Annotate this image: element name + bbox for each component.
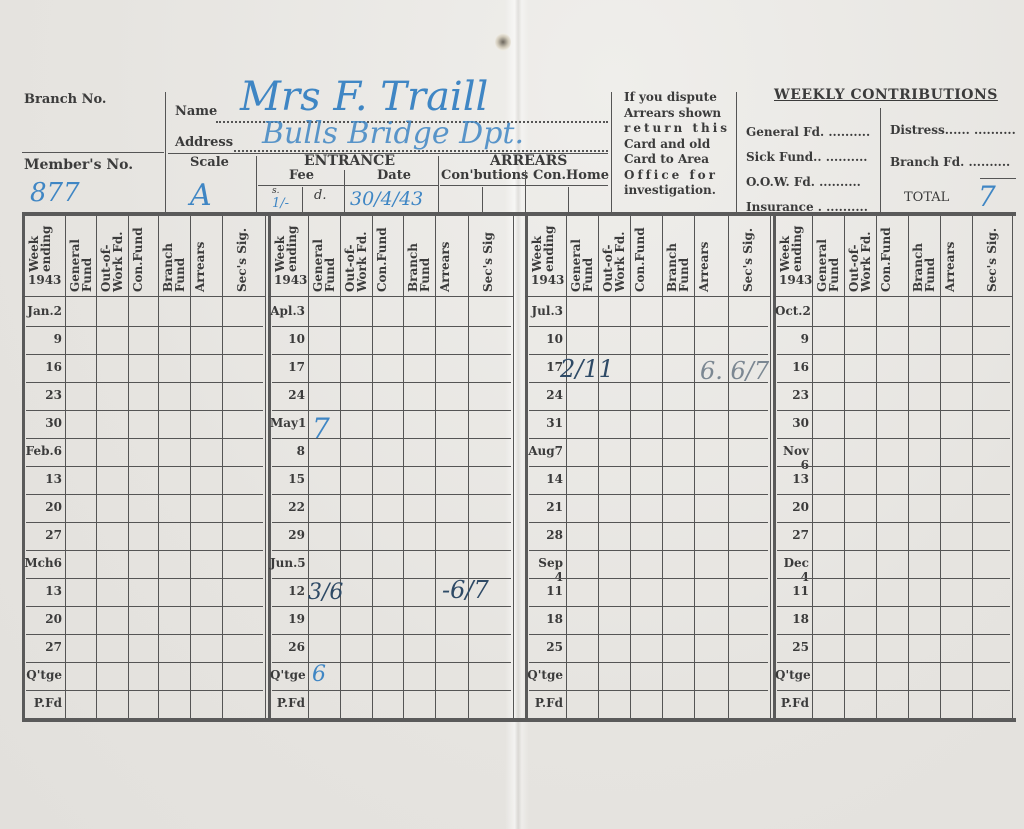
contribution-cell[interactable] (695, 550, 727, 578)
contribution-cell[interactable] (845, 494, 875, 522)
contribution-cell[interactable] (813, 438, 843, 466)
contribution-cell[interactable] (129, 578, 157, 606)
contribution-cell[interactable] (877, 662, 907, 690)
contribution-cell[interactable] (729, 578, 769, 606)
contribution-cell[interactable] (877, 578, 907, 606)
contribution-cell[interactable] (877, 410, 907, 438)
contribution-cell[interactable] (729, 550, 769, 578)
contribution-cell[interactable] (729, 326, 769, 354)
contribution-cell[interactable] (813, 326, 843, 354)
contribution-cell[interactable] (729, 410, 769, 438)
contribution-cell[interactable] (813, 494, 843, 522)
contribution-cell[interactable] (909, 326, 939, 354)
contribution-cell[interactable] (909, 550, 939, 578)
contribution-cell[interactable] (909, 662, 939, 690)
contribution-cell[interactable] (909, 522, 939, 550)
contribution-cell[interactable] (813, 606, 843, 634)
contribution-cell[interactable] (695, 494, 727, 522)
contribution-cell[interactable] (97, 522, 127, 550)
contribution-cell[interactable] (567, 690, 597, 718)
contribution-cell[interactable] (567, 466, 597, 494)
contribution-cell[interactable] (845, 438, 875, 466)
contribution-cell[interactable] (941, 634, 971, 662)
contribution-cell[interactable] (813, 690, 843, 718)
contribution-cell[interactable] (129, 522, 157, 550)
contribution-cell[interactable] (469, 438, 512, 466)
contribution-cell[interactable] (404, 494, 434, 522)
contribution-cell[interactable] (631, 578, 661, 606)
contribution-cell[interactable] (941, 326, 971, 354)
contribution-cell[interactable] (309, 634, 339, 662)
contribution-cell[interactable] (567, 634, 597, 662)
contribution-cell[interactable] (973, 662, 1011, 690)
contribution-cell[interactable] (97, 550, 127, 578)
contribution-cell[interactable] (845, 466, 875, 494)
contribution-cell[interactable] (599, 634, 629, 662)
contribution-cell[interactable] (341, 410, 371, 438)
contribution-cell[interactable] (941, 438, 971, 466)
contribution-cell[interactable] (97, 298, 127, 326)
contribution-cell[interactable] (97, 494, 127, 522)
contribution-cell[interactable] (941, 550, 971, 578)
contribution-cell[interactable] (223, 578, 264, 606)
contribution-cell[interactable] (129, 494, 157, 522)
contribution-cell[interactable] (973, 438, 1011, 466)
contribution-cell[interactable] (631, 550, 661, 578)
contribution-cell[interactable] (66, 662, 95, 690)
contribution-cell[interactable] (469, 634, 512, 662)
contribution-cell[interactable] (663, 354, 693, 382)
contribution-cell[interactable] (341, 466, 371, 494)
contribution-cell[interactable] (631, 606, 661, 634)
contribution-cell[interactable] (436, 606, 467, 634)
contribution-cell[interactable] (567, 326, 597, 354)
contribution-cell[interactable] (223, 382, 264, 410)
contribution-cell[interactable] (813, 298, 843, 326)
contribution-cell[interactable] (941, 578, 971, 606)
contribution-cell[interactable] (729, 438, 769, 466)
contribution-cell[interactable] (877, 634, 907, 662)
contribution-cell[interactable] (223, 690, 264, 718)
contribution-cell[interactable] (97, 578, 127, 606)
contribution-cell[interactable] (631, 494, 661, 522)
contribution-cell[interactable] (631, 354, 661, 382)
contribution-cell[interactable] (695, 438, 727, 466)
contribution-cell[interactable] (341, 550, 371, 578)
contribution-cell[interactable] (941, 382, 971, 410)
contribution-cell[interactable] (909, 578, 939, 606)
contribution-cell[interactable] (191, 550, 221, 578)
contribution-cell[interactable] (129, 634, 157, 662)
contribution-cell[interactable] (341, 690, 371, 718)
contribution-cell[interactable] (436, 634, 467, 662)
contribution-cell[interactable] (159, 466, 189, 494)
contribution-cell[interactable] (97, 466, 127, 494)
contribution-cell[interactable] (663, 326, 693, 354)
contribution-cell[interactable] (66, 298, 95, 326)
contribution-cell[interactable] (973, 634, 1011, 662)
contribution-cell[interactable] (436, 494, 467, 522)
contribution-cell[interactable] (729, 662, 769, 690)
contribution-cell[interactable] (66, 354, 95, 382)
contribution-cell[interactable] (373, 438, 402, 466)
contribution-cell[interactable] (729, 606, 769, 634)
contribution-cell[interactable] (129, 550, 157, 578)
contribution-cell[interactable] (159, 438, 189, 466)
contribution-cell[interactable] (404, 690, 434, 718)
contribution-cell[interactable] (663, 606, 693, 634)
contribution-cell[interactable] (877, 494, 907, 522)
contribution-cell[interactable] (159, 354, 189, 382)
contribution-cell[interactable] (599, 522, 629, 550)
contribution-cell[interactable] (729, 634, 769, 662)
contribution-cell[interactable] (436, 438, 467, 466)
contribution-cell[interactable] (877, 550, 907, 578)
contribution-cell[interactable] (469, 354, 512, 382)
contribution-cell[interactable] (404, 438, 434, 466)
contribution-cell[interactable] (436, 354, 467, 382)
contribution-cell[interactable] (373, 578, 402, 606)
contribution-cell[interactable] (631, 438, 661, 466)
contribution-cell[interactable] (223, 326, 264, 354)
contribution-cell[interactable] (309, 690, 339, 718)
contribution-cell[interactable] (97, 634, 127, 662)
contribution-cell[interactable] (309, 494, 339, 522)
contribution-cell[interactable] (159, 522, 189, 550)
contribution-cell[interactable] (909, 466, 939, 494)
contribution-cell[interactable] (436, 410, 467, 438)
contribution-cell[interactable] (729, 298, 769, 326)
contribution-cell[interactable] (159, 634, 189, 662)
contribution-cell[interactable] (223, 410, 264, 438)
contribution-cell[interactable] (66, 326, 95, 354)
contribution-cell[interactable] (877, 606, 907, 634)
contribution-cell[interactable] (729, 466, 769, 494)
contribution-cell[interactable] (404, 382, 434, 410)
contribution-cell[interactable] (191, 466, 221, 494)
contribution-cell[interactable] (129, 466, 157, 494)
contribution-cell[interactable] (223, 522, 264, 550)
contribution-cell[interactable] (341, 662, 371, 690)
contribution-cell[interactable] (436, 466, 467, 494)
contribution-cell[interactable] (309, 466, 339, 494)
contribution-cell[interactable] (404, 410, 434, 438)
contribution-cell[interactable] (695, 578, 727, 606)
contribution-cell[interactable] (567, 382, 597, 410)
contribution-cell[interactable] (663, 550, 693, 578)
contribution-cell[interactable] (341, 494, 371, 522)
contribution-cell[interactable] (845, 522, 875, 550)
contribution-cell[interactable] (941, 522, 971, 550)
contribution-cell[interactable] (191, 494, 221, 522)
contribution-cell[interactable] (729, 522, 769, 550)
contribution-cell[interactable] (191, 634, 221, 662)
contribution-cell[interactable] (877, 466, 907, 494)
contribution-cell[interactable] (631, 382, 661, 410)
contribution-cell[interactable] (309, 326, 339, 354)
contribution-cell[interactable] (66, 438, 95, 466)
contribution-cell[interactable] (436, 326, 467, 354)
contribution-cell[interactable] (159, 550, 189, 578)
contribution-cell[interactable] (66, 606, 95, 634)
contribution-cell[interactable] (191, 522, 221, 550)
contribution-cell[interactable] (973, 690, 1011, 718)
contribution-cell[interactable] (223, 662, 264, 690)
contribution-cell[interactable] (373, 606, 402, 634)
contribution-cell[interactable] (663, 382, 693, 410)
contribution-cell[interactable] (845, 690, 875, 718)
contribution-cell[interactable] (341, 578, 371, 606)
contribution-cell[interactable] (469, 690, 512, 718)
contribution-cell[interactable] (469, 550, 512, 578)
contribution-cell[interactable] (845, 326, 875, 354)
contribution-cell[interactable] (404, 326, 434, 354)
contribution-cell[interactable] (599, 578, 629, 606)
contribution-cell[interactable] (877, 298, 907, 326)
contribution-cell[interactable] (973, 410, 1011, 438)
contribution-cell[interactable] (129, 662, 157, 690)
contribution-cell[interactable] (599, 550, 629, 578)
contribution-cell[interactable] (341, 298, 371, 326)
contribution-cell[interactable] (373, 634, 402, 662)
contribution-cell[interactable] (695, 634, 727, 662)
contribution-cell[interactable] (599, 494, 629, 522)
contribution-cell[interactable] (813, 578, 843, 606)
contribution-cell[interactable] (373, 410, 402, 438)
contribution-cell[interactable] (223, 354, 264, 382)
contribution-cell[interactable] (845, 550, 875, 578)
contribution-cell[interactable] (97, 410, 127, 438)
contribution-cell[interactable] (191, 438, 221, 466)
contribution-cell[interactable] (567, 438, 597, 466)
contribution-cell[interactable] (341, 382, 371, 410)
contribution-cell[interactable] (695, 410, 727, 438)
contribution-cell[interactable] (66, 690, 95, 718)
contribution-cell[interactable] (223, 298, 264, 326)
contribution-cell[interactable] (729, 690, 769, 718)
contribution-cell[interactable] (729, 382, 769, 410)
contribution-cell[interactable] (877, 690, 907, 718)
contribution-cell[interactable] (813, 354, 843, 382)
contribution-cell[interactable] (909, 690, 939, 718)
contribution-cell[interactable] (341, 438, 371, 466)
contribution-cell[interactable] (404, 550, 434, 578)
contribution-cell[interactable] (631, 298, 661, 326)
contribution-cell[interactable] (567, 494, 597, 522)
contribution-cell[interactable] (813, 634, 843, 662)
contribution-cell[interactable] (97, 438, 127, 466)
contribution-cell[interactable] (309, 522, 339, 550)
contribution-cell[interactable] (404, 354, 434, 382)
contribution-cell[interactable] (159, 382, 189, 410)
contribution-cell[interactable] (729, 494, 769, 522)
contribution-cell[interactable] (159, 494, 189, 522)
contribution-cell[interactable] (129, 438, 157, 466)
contribution-cell[interactable] (159, 578, 189, 606)
contribution-cell[interactable] (341, 326, 371, 354)
contribution-cell[interactable] (469, 410, 512, 438)
contribution-cell[interactable] (813, 550, 843, 578)
contribution-cell[interactable] (129, 690, 157, 718)
contribution-cell[interactable] (159, 298, 189, 326)
contribution-cell[interactable] (469, 382, 512, 410)
contribution-cell[interactable] (404, 662, 434, 690)
contribution-cell[interactable] (909, 354, 939, 382)
contribution-cell[interactable] (663, 494, 693, 522)
contribution-cell[interactable] (341, 606, 371, 634)
contribution-cell[interactable] (599, 382, 629, 410)
contribution-cell[interactable] (129, 298, 157, 326)
contribution-cell[interactable] (404, 466, 434, 494)
contribution-cell[interactable] (909, 298, 939, 326)
contribution-cell[interactable] (436, 298, 467, 326)
contribution-cell[interactable] (97, 690, 127, 718)
contribution-cell[interactable] (941, 690, 971, 718)
contribution-cell[interactable] (973, 298, 1011, 326)
contribution-cell[interactable] (845, 662, 875, 690)
contribution-cell[interactable] (909, 438, 939, 466)
contribution-cell[interactable] (567, 550, 597, 578)
contribution-cell[interactable] (129, 410, 157, 438)
contribution-cell[interactable] (973, 466, 1011, 494)
contribution-cell[interactable] (695, 662, 727, 690)
contribution-cell[interactable] (404, 298, 434, 326)
contribution-cell[interactable] (66, 382, 95, 410)
contribution-cell[interactable] (66, 578, 95, 606)
contribution-cell[interactable] (973, 550, 1011, 578)
contribution-cell[interactable] (373, 466, 402, 494)
contribution-cell[interactable] (631, 466, 661, 494)
contribution-cell[interactable] (66, 522, 95, 550)
contribution-cell[interactable] (941, 494, 971, 522)
contribution-cell[interactable] (631, 690, 661, 718)
contribution-cell[interactable] (97, 382, 127, 410)
contribution-cell[interactable] (223, 606, 264, 634)
contribution-cell[interactable] (877, 438, 907, 466)
contribution-cell[interactable] (223, 550, 264, 578)
contribution-cell[interactable] (159, 690, 189, 718)
contribution-cell[interactable] (631, 522, 661, 550)
contribution-cell[interactable] (223, 634, 264, 662)
contribution-cell[interactable] (909, 410, 939, 438)
contribution-cell[interactable] (663, 662, 693, 690)
contribution-cell[interactable] (404, 606, 434, 634)
contribution-cell[interactable] (663, 522, 693, 550)
contribution-cell[interactable] (159, 606, 189, 634)
contribution-cell[interactable] (404, 522, 434, 550)
contribution-cell[interactable] (877, 326, 907, 354)
contribution-cell[interactable] (469, 494, 512, 522)
contribution-cell[interactable] (941, 466, 971, 494)
contribution-cell[interactable] (223, 466, 264, 494)
contribution-cell[interactable] (191, 410, 221, 438)
contribution-cell[interactable] (631, 662, 661, 690)
contribution-cell[interactable] (341, 522, 371, 550)
contribution-cell[interactable] (813, 382, 843, 410)
contribution-cell[interactable] (877, 382, 907, 410)
contribution-cell[interactable] (599, 606, 629, 634)
contribution-cell[interactable] (973, 522, 1011, 550)
contribution-cell[interactable] (469, 662, 512, 690)
contribution-cell[interactable] (341, 634, 371, 662)
contribution-cell[interactable] (373, 550, 402, 578)
contribution-cell[interactable] (973, 578, 1011, 606)
contribution-cell[interactable] (973, 494, 1011, 522)
contribution-cell[interactable] (373, 298, 402, 326)
contribution-cell[interactable] (469, 606, 512, 634)
contribution-cell[interactable] (663, 438, 693, 466)
contribution-cell[interactable] (97, 662, 127, 690)
contribution-cell[interactable] (845, 634, 875, 662)
contribution-cell[interactable] (309, 382, 339, 410)
contribution-cell[interactable] (567, 662, 597, 690)
contribution-cell[interactable] (223, 438, 264, 466)
contribution-cell[interactable] (663, 690, 693, 718)
contribution-cell[interactable] (599, 438, 629, 466)
contribution-cell[interactable] (663, 298, 693, 326)
contribution-cell[interactable] (129, 354, 157, 382)
contribution-cell[interactable] (599, 298, 629, 326)
contribution-cell[interactable] (469, 466, 512, 494)
contribution-cell[interactable] (436, 690, 467, 718)
contribution-cell[interactable] (941, 662, 971, 690)
contribution-cell[interactable] (973, 606, 1011, 634)
contribution-cell[interactable] (663, 634, 693, 662)
contribution-cell[interactable] (973, 382, 1011, 410)
contribution-cell[interactable] (845, 578, 875, 606)
contribution-cell[interactable] (695, 606, 727, 634)
contribution-cell[interactable] (309, 606, 339, 634)
contribution-cell[interactable] (373, 522, 402, 550)
contribution-cell[interactable] (973, 354, 1011, 382)
contribution-cell[interactable] (469, 298, 512, 326)
contribution-cell[interactable] (469, 326, 512, 354)
contribution-cell[interactable] (877, 354, 907, 382)
contribution-cell[interactable] (845, 410, 875, 438)
contribution-cell[interactable] (191, 578, 221, 606)
contribution-cell[interactable] (695, 466, 727, 494)
contribution-cell[interactable] (191, 690, 221, 718)
contribution-cell[interactable] (909, 494, 939, 522)
contribution-cell[interactable] (66, 634, 95, 662)
contribution-cell[interactable] (631, 634, 661, 662)
contribution-cell[interactable] (309, 354, 339, 382)
contribution-cell[interactable] (97, 606, 127, 634)
contribution-cell[interactable] (373, 326, 402, 354)
contribution-cell[interactable] (695, 298, 727, 326)
contribution-cell[interactable] (567, 522, 597, 550)
contribution-cell[interactable] (599, 662, 629, 690)
contribution-cell[interactable] (129, 606, 157, 634)
contribution-cell[interactable] (813, 522, 843, 550)
contribution-cell[interactable] (97, 354, 127, 382)
contribution-cell[interactable] (436, 662, 467, 690)
contribution-cell[interactable] (159, 410, 189, 438)
contribution-cell[interactable] (909, 382, 939, 410)
contribution-cell[interactable] (191, 662, 221, 690)
contribution-cell[interactable] (845, 298, 875, 326)
contribution-cell[interactable] (813, 662, 843, 690)
contribution-cell[interactable] (436, 382, 467, 410)
contribution-cell[interactable] (223, 494, 264, 522)
contribution-cell[interactable] (66, 550, 95, 578)
contribution-cell[interactable] (567, 606, 597, 634)
contribution-cell[interactable] (845, 354, 875, 382)
contribution-cell[interactable] (567, 578, 597, 606)
contribution-cell[interactable] (941, 298, 971, 326)
contribution-cell[interactable] (567, 298, 597, 326)
contribution-cell[interactable] (159, 662, 189, 690)
